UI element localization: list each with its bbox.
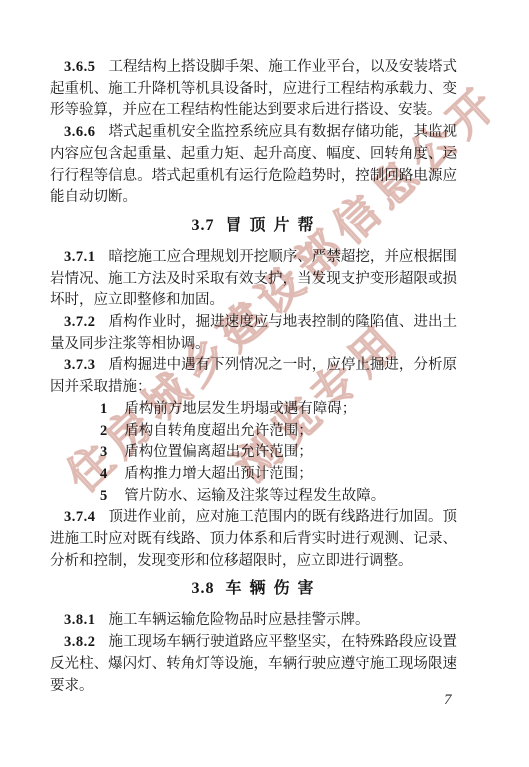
list-item-number: 4 [100, 466, 107, 482]
list-item-text: 管片防水、运输及注浆等过程发生故障。 [124, 488, 385, 504]
clause-3-6-5: 3.6.5工程结构上搭设脚手架、施工作业平台，以及安装塔式起重机、施工升降机等机… [50, 57, 457, 122]
clause-number: 3.6.5 [64, 59, 96, 75]
list-item-number: 5 [100, 488, 107, 504]
clause-3-8-1: 3.8.1施工车辆运输危险物品时应悬挂警示牌。 [50, 610, 457, 632]
list-item-4: 4盾构推力增大超出预计范围； [50, 464, 457, 486]
list-item-text: 盾构位置偏离超出允许范围； [124, 444, 313, 460]
clause-text: 施工车辆运输危险物品时应悬挂警示牌。 [109, 612, 370, 628]
list-item-text: 盾构推力增大超出预计范围； [124, 466, 313, 482]
clause-3-6-6: 3.6.6塔式起重机安全监控系统应具有数据存储功能，其监视内容应包含起重量、起重… [50, 122, 457, 209]
clause-3-7-2: 3.7.2盾构作业时，掘进速度应与地表控制的隆陷值、进出土量及同步注浆等相协调。 [50, 312, 457, 355]
clause-text: 施工现场车辆行驶道路应平整坚实，在特殊路段应设置反光柱、爆闪灯、转角灯等设施，车… [50, 634, 457, 693]
clause-text: 暗挖施工应合理规划开挖顺序、严禁超挖，并应根据围岩情况、施工方法及时采取有效支护… [50, 249, 457, 308]
list-item-number: 2 [100, 423, 107, 439]
section-heading-3-8: 3.8车 辆 伤 害 [50, 578, 457, 600]
clause-3-7-1: 3.7.1暗挖施工应合理规划开挖顺序、严禁超挖，并应根据围岩情况、施工方法及时采… [50, 247, 457, 312]
clause-text: 工程结构上搭设脚手架、施工作业平台，以及安装塔式起重机、施工升降机等机具设备时，… [50, 59, 457, 118]
page-number: 7 [444, 692, 452, 709]
clause-3-8-2: 3.8.2施工现场车辆行驶道路应平整坚实，在特殊路段应设置反光柱、爆闪灯、转角灯… [50, 632, 457, 697]
section-number: 3.8 [191, 580, 214, 597]
clause-number: 3.7.2 [64, 314, 96, 330]
clause-text: 塔式起重机安全监控系统应具有数据存储功能，其监视内容应包含起重量、起重力矩、起升… [50, 124, 457, 205]
list-item-text: 盾构前方地层发生坍塌或遇有障碍； [124, 401, 356, 417]
list-item-3: 3盾构位置偏离超出允许范围； [50, 442, 457, 464]
document-page: 住房城乡建设部信息公开 浏览专用 3.6.5工程结构上搭设脚手架、施工作业平台，… [0, 0, 529, 767]
section-number: 3.7 [191, 217, 214, 234]
list-item-number: 1 [100, 401, 107, 417]
clause-3-7-4: 3.7.4顶进作业前，应对施工范围内的既有线路进行加固。顶进施工时应对既有线路、… [50, 507, 457, 572]
list-item-1: 1盾构前方地层发生坍塌或遇有障碍； [50, 399, 457, 421]
clause-text: 盾构掘进中遇有下列情况之一时，应停止掘进，分析原因并采取措施： [50, 357, 457, 395]
list-item-2: 2盾构自转角度超出允许范围； [50, 421, 457, 443]
clause-3-7-3: 3.7.3盾构掘进中遇有下列情况之一时，应停止掘进，分析原因并采取措施： [50, 355, 457, 398]
clause-number: 3.8.1 [64, 612, 96, 628]
section-title: 冒 顶 片 帮 [225, 217, 315, 234]
page-content: 3.6.5工程结构上搭设脚手架、施工作业平台，以及安装塔式起重机、施工升降机等机… [50, 57, 457, 697]
list-item-text: 盾构自转角度超出允许范围； [124, 423, 313, 439]
list-item-number: 3 [100, 444, 107, 460]
clause-number: 3.7.4 [64, 509, 96, 525]
section-heading-3-7: 3.7冒 顶 片 帮 [50, 215, 457, 237]
clause-number: 3.6.6 [64, 124, 96, 140]
list-item-5: 5管片防水、运输及注浆等过程发生故障。 [50, 486, 457, 508]
clause-number: 3.7.3 [64, 357, 96, 373]
clause-text: 顶进作业前，应对施工范围内的既有线路进行加固。顶进施工时应对既有线路、顶力体系和… [50, 509, 457, 568]
section-title: 车 辆 伤 害 [225, 580, 315, 597]
clause-number: 3.7.1 [64, 249, 96, 265]
clause-text: 盾构作业时，掘进速度应与地表控制的隆陷值、进出土量及同步注浆等相协调。 [50, 314, 457, 352]
clause-number: 3.8.2 [64, 634, 96, 650]
